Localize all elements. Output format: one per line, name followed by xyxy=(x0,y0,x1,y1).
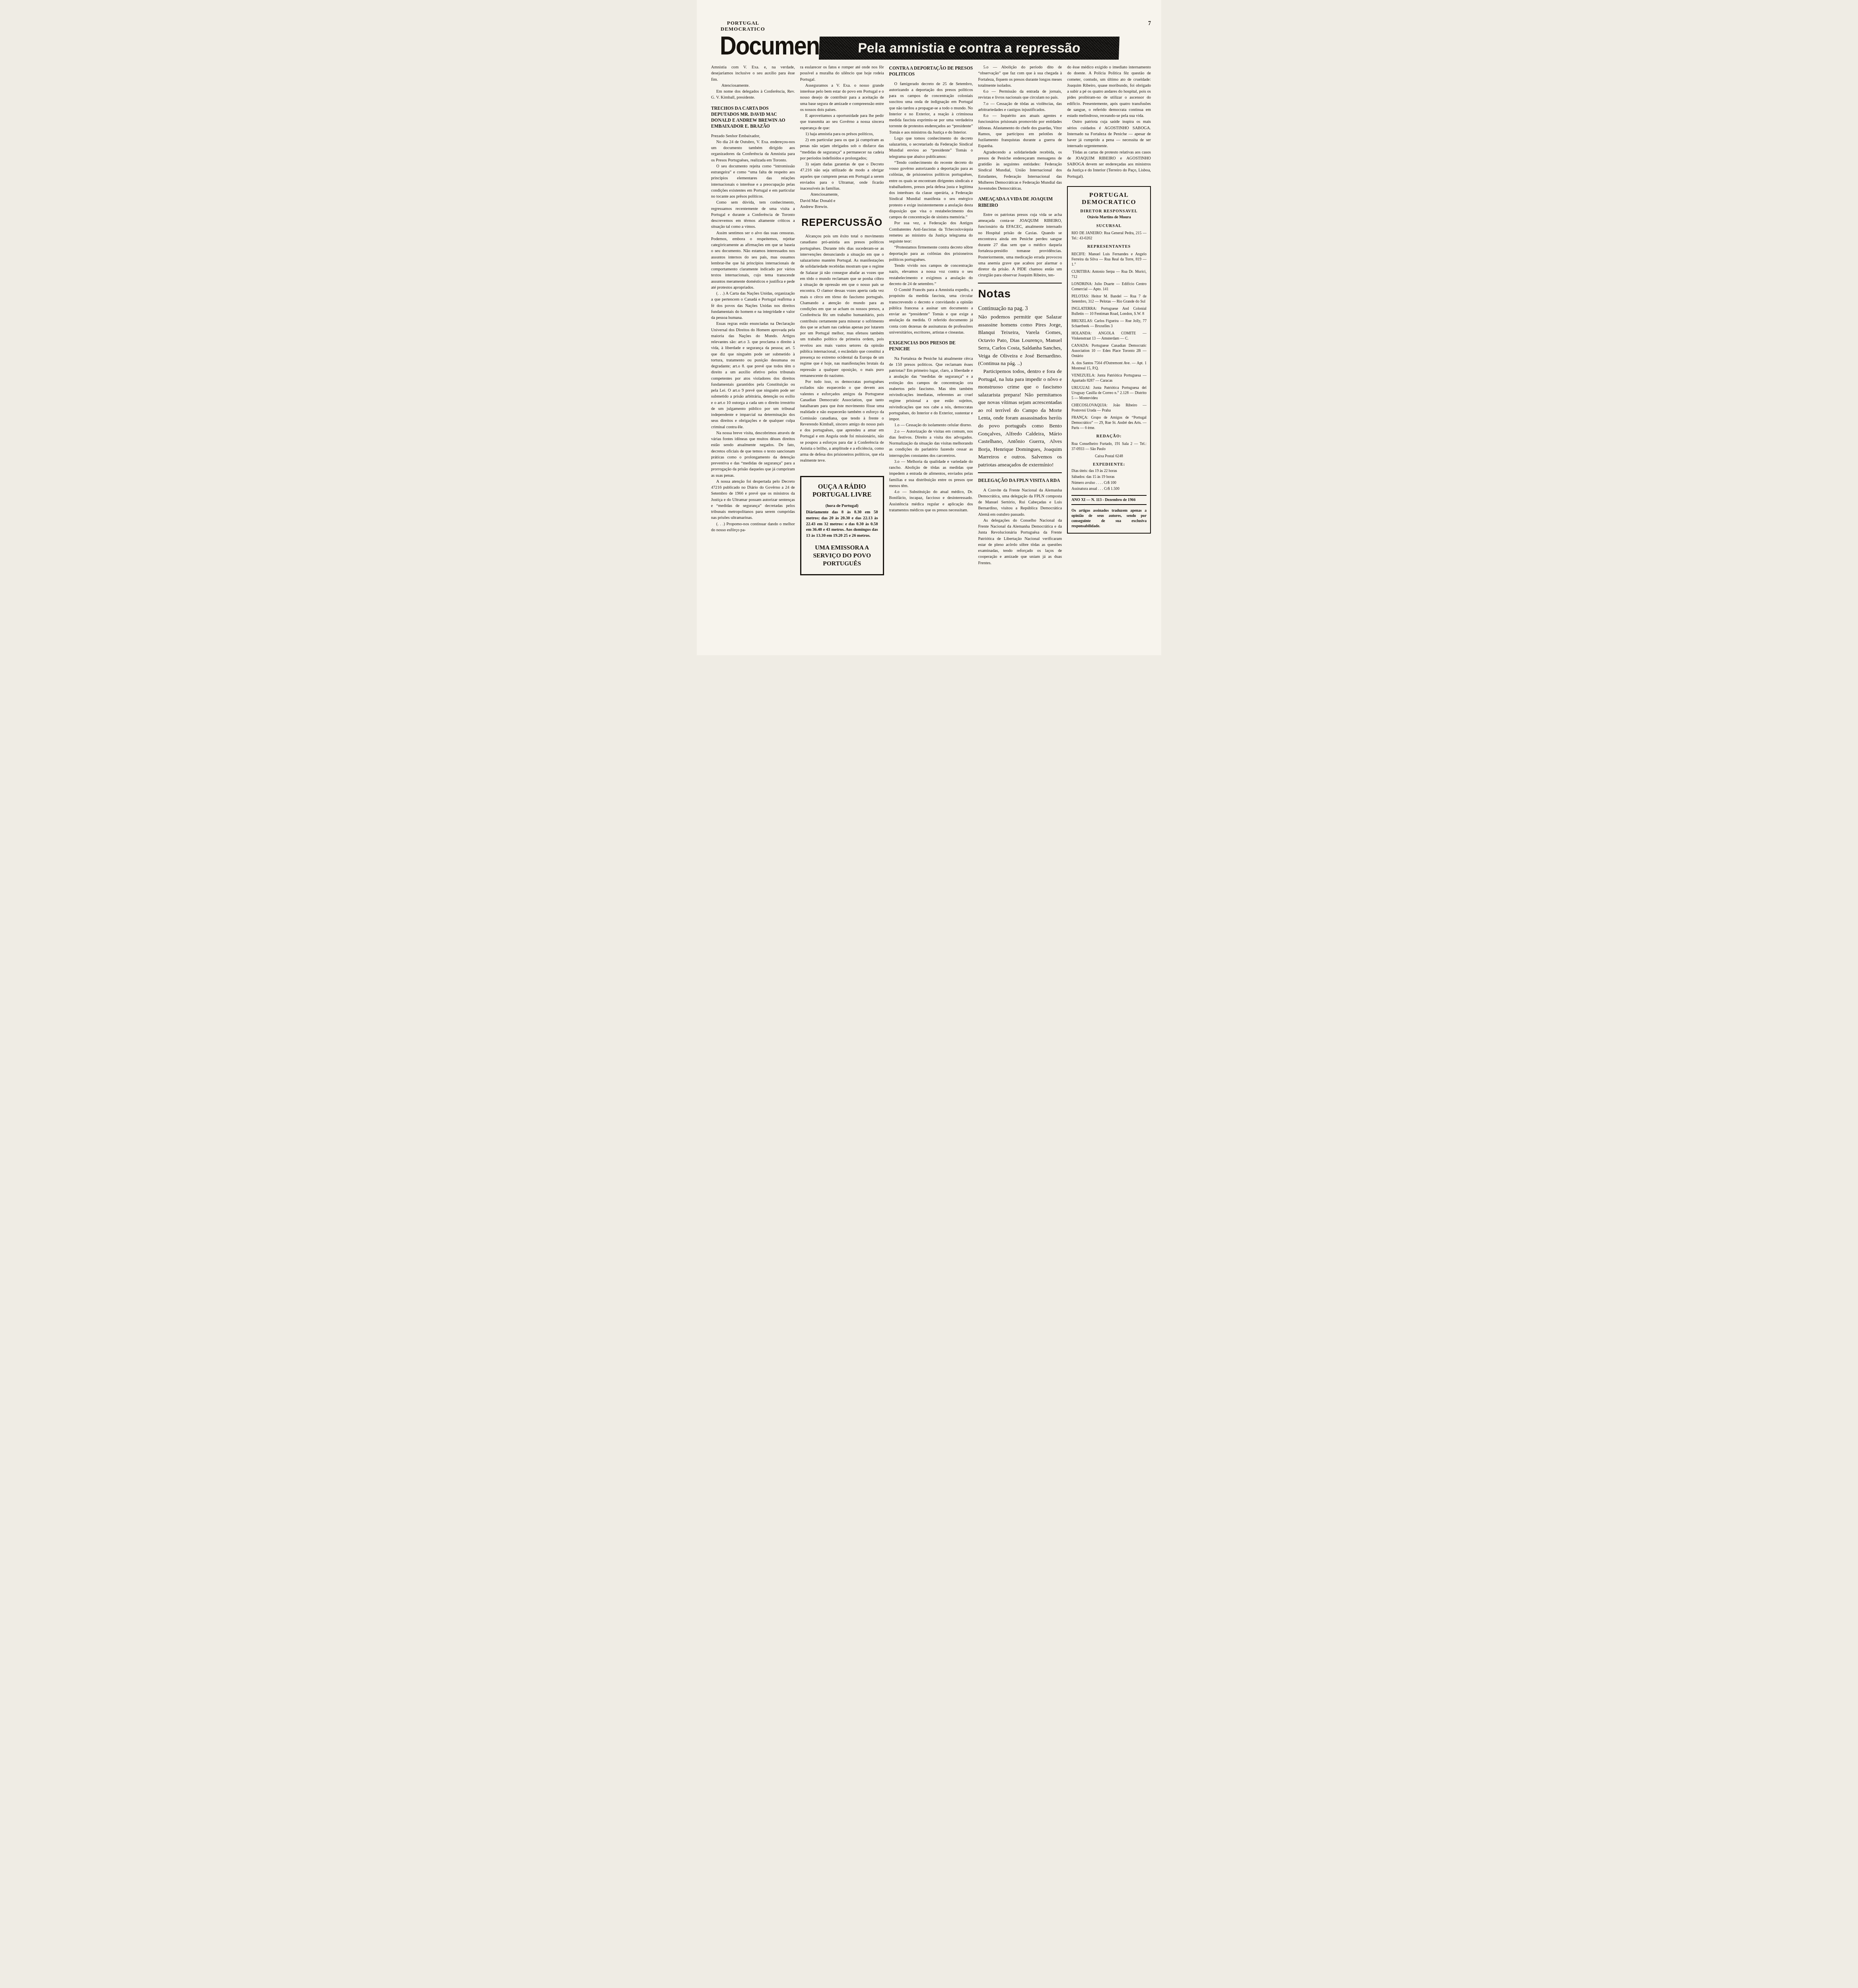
continuation-note: Continuação na pag. 3 xyxy=(978,305,1062,313)
column-1: Amnistia com V. Exa. e, na verdade, dese… xyxy=(711,64,795,651)
paragraph: Na Fortaleza de Peniche há atualmente cê… xyxy=(889,356,973,423)
info-box-title-line1: PORTUGAL xyxy=(1071,192,1147,199)
radio-box-schedule: Diàriamente das 8 às 8.30 em 50 metros; … xyxy=(806,510,878,539)
representative-entry: FRANÇA: Grupo de Amigos de “Portugal Dem… xyxy=(1071,415,1147,431)
paragraph: As delegações do Conselho Nacional da Fr… xyxy=(978,518,1062,566)
column-3: CONTRA A DEPORTAÇÃO DE PRESOS POLITICOS … xyxy=(889,64,973,651)
section-heading-exigencias-peniche: EXIGENCIAS DOS PRESOS DE PENICHE xyxy=(889,340,973,352)
masthead-line1: PORTUGAL xyxy=(727,20,765,26)
sucursal-label: SUCURSAL xyxy=(1071,223,1147,229)
expediente-line: Dias úteis: das 19 às 22 horas xyxy=(1071,468,1147,474)
expediente-line: Assinatura anual . . . Cr$ 1.500 xyxy=(1071,486,1147,491)
paragraph: Amnistia com V. Exa. e, na verdade, dese… xyxy=(711,64,795,83)
paragraph: (. . .) A Carta das Nações Unidas, organ… xyxy=(711,291,795,321)
disclaimer-note: Os artigos assinados traduzem apenas a o… xyxy=(1071,508,1147,529)
paragraph: A nossa atenção foi despertada pelo Decr… xyxy=(711,479,795,521)
paragraph: Tôdas as cartas de protesto relativas ao… xyxy=(1067,149,1151,180)
expediente-line: Sábados: das 15 às 19 horas xyxy=(1071,474,1147,480)
paragraph: Assim sentimos ser o alvo das suas censu… xyxy=(711,230,795,291)
paragraph: Em nome dos delegados à Conferência, Rev… xyxy=(711,89,795,101)
paragraph: (. . .) Propomo-nos continuar dando o me… xyxy=(711,521,795,534)
paragraph: Asseguramos a V. Exa. o nosso grande int… xyxy=(800,83,884,113)
representative-entry: RECIFE: Manuel Luis Fernandes e Angelo F… xyxy=(1071,252,1147,267)
salutation: Prezado Senhor Embaixador, xyxy=(711,133,795,139)
list-item: 1) haja amnistia para os prêsos político… xyxy=(800,131,884,137)
list-item: 1.o — Cessação do isolamento celular diu… xyxy=(889,422,973,428)
signature-line: Atenciosamente, xyxy=(800,192,884,198)
section-divider xyxy=(978,472,1062,473)
expediente-label: EXPEDIENTE: xyxy=(1071,462,1147,468)
section-heading-delegacao-fpln: DELEGAÇÃO DA FPLN VISITA A RDA xyxy=(978,478,1062,483)
director-name: Otávio Martins de Moura xyxy=(1071,215,1147,220)
paragraph: Entre os patriotas presos cuja vida se a… xyxy=(978,212,1062,279)
section-heading-contra-deportacao: CONTRA A DEPORTAÇÃO DE PRESOS POLITICOS xyxy=(889,65,973,78)
paragraph: No dia 24 de Outubro, V. Exa. endereçou-… xyxy=(711,139,795,163)
list-item: 6.o — Permissão da entrada de jornais, r… xyxy=(978,89,1062,101)
representative-entry: BRUXELAS: Carlos Figueira — Rue Jolly, 7… xyxy=(1071,318,1147,329)
list-item: 3.o — Melhoria da qualidade e variedade … xyxy=(889,459,973,489)
paragraph: Participemos todos, dentro e fora de Por… xyxy=(978,367,1062,468)
radio-advert-box: OUÇA A RÁDIO PORTUGAL LIVRE (hora de Por… xyxy=(800,476,884,576)
section-heading-repercussao: REPERCUSSÃO xyxy=(800,215,884,230)
newspaper-page: PORTUGAL DEMOCRATICO 7 Documentos... Pel… xyxy=(697,0,1161,655)
paragraph: Por tudo isso, os democratas portuguêses… xyxy=(800,379,884,464)
radio-box-title: OUÇA A RÁDIO PORTUGAL LIVRE xyxy=(806,483,878,499)
radio-box-slogan: UMA EMISSORA A SERVIÇO DO POVO PORTUGUÊS xyxy=(806,544,878,568)
paragraph: O Comitê Francês para a Amnistia expediu… xyxy=(889,287,973,336)
paragraph: Como sem dúvida, tem conhecimento, regre… xyxy=(711,200,795,230)
director-label: DIRETOR RESPONSAVEL xyxy=(1071,209,1147,214)
signature-line: Andrew Brewin. xyxy=(800,204,884,210)
caixa-postal: Caixa Postal 6248 xyxy=(1071,454,1147,459)
paragraph: Agradecendo a solidariedade recebida, os… xyxy=(978,149,1062,192)
list-item: 5.o — Abolição do período dito de “obser… xyxy=(978,64,1062,89)
list-item: 2) em particular para os que já cumprira… xyxy=(800,137,884,161)
section-heading-ameacada-vida: AMEAÇADA A VIDA DE JOAQUIM RIBEIRO xyxy=(978,196,1062,208)
paragraph: Alcançou pois um êxito total o movimento… xyxy=(800,233,884,379)
representative-entry: CANADA: Portuguese Canadian Democratic A… xyxy=(1071,343,1147,359)
paragraph: Tendo vivido nos campos de concentração … xyxy=(889,263,973,287)
columns-container: Amnistia com V. Exa. e, na verdade, dese… xyxy=(711,64,1151,651)
representative-entry: HOLANDA: ANGOLA COMITE — Vinkenstraat 13… xyxy=(1071,331,1147,341)
column-2: ra esslarecer os fatos e romper até onde… xyxy=(800,64,884,651)
representative-entry: VENEZUELA: Junta Patriótica Portuguesa —… xyxy=(1071,373,1147,383)
banner-headline: Pela amnistia e contra a repressão xyxy=(819,37,1119,60)
list-item: 3) sejam dadas garantias de que o Decret… xyxy=(800,161,884,192)
list-item: 4.o — Substituição do atual médico, Dr. … xyxy=(889,489,973,513)
page-number: 7 xyxy=(1148,21,1151,27)
paragraph: Na nossa breve visita, descobrimos atrav… xyxy=(711,430,795,479)
column-5: do êsse médico exigido o imediato intern… xyxy=(1067,64,1151,651)
representative-entry: PELOTAS: Heitor M. Bandel — Rua 7 de Set… xyxy=(1071,294,1147,304)
paragraph: Logo que tomou conhecimento do decreto s… xyxy=(889,136,973,160)
section-heading-notas: Notas xyxy=(978,286,1062,302)
paragraph: ra esslarecer os fatos e romper até onde… xyxy=(800,64,884,83)
info-box-title-line2: DEMOCRATICO xyxy=(1071,199,1147,206)
section-divider xyxy=(978,283,1062,283)
paragraph: A Convite da Frente Nacional da Alemanha… xyxy=(978,487,1062,518)
list-item: 7.o — Cessação de tôdas as violências, d… xyxy=(978,101,1062,113)
masthead: PORTUGAL DEMOCRATICO xyxy=(727,20,765,32)
representative-entry: INGLATERRA: Portuguese And Colonial Bull… xyxy=(1071,306,1147,316)
sucursal-address: RIO DE JANEIRO: Rua General Pedra, 215 —… xyxy=(1071,231,1147,241)
paragraph: O seu documento rejeita como “intromissã… xyxy=(711,163,795,200)
paragraph: Atenciosamente. xyxy=(711,83,795,89)
list-item: 2.o — Autorização de visitas em comum, n… xyxy=(889,429,973,459)
paragraph: Não podemos permitir que Salazar assassi… xyxy=(978,313,1062,367)
radio-box-subtitle: (hora de Portugal) xyxy=(806,503,878,509)
section-heading-trechos-carta: TRECHOS DA CARTA DOS DEPUTADOS MR. DAVID… xyxy=(711,105,795,130)
paragraph: Essas regras estão enunciadas na Declara… xyxy=(711,321,795,430)
paragraph: Outro patriota cuja saúde inspira os mai… xyxy=(1067,119,1151,149)
publication-info-box: PORTUGAL DEMOCRATICO DIRETOR RESPONSAVEL… xyxy=(1067,186,1151,534)
column-4: 5.o — Abolição do período dito de “obser… xyxy=(978,64,1062,651)
signature-line: David Mac Donald e xyxy=(800,198,884,204)
paragraph: E aproveitamos a oportunidade para lhe p… xyxy=(800,113,884,131)
representantes-label: REPRESENTANTES xyxy=(1071,244,1147,250)
redacao-label: REDAÇÃO: xyxy=(1071,434,1147,439)
representative-entry: CURITIBA: Antonio Serpa — Rua Dr. Murici… xyxy=(1071,269,1147,280)
paragraph: Por sua vez, a Federação dos Antigos Com… xyxy=(889,220,973,245)
representative-entry: CHECOSLOVAQUIA: João Ribeiro — Postovnú … xyxy=(1071,403,1147,413)
paragraph: “Protestamos firmemente contra decreto s… xyxy=(889,245,973,263)
representative-entry: LONDRINA: Julio Duarte — Edifício Centro… xyxy=(1071,282,1147,292)
paragraph: do êsse médico exigido o imediato intern… xyxy=(1067,64,1151,119)
paragraph: “Tendo conhecimento do recente decreto d… xyxy=(889,160,973,221)
representative-entry: URUGUAI: Junta Patriótica Portuguesa del… xyxy=(1071,385,1147,401)
paragraph: O famigerado decreto de 25 de Setembro, … xyxy=(889,81,973,136)
expediente-line: Número avulso . . . . Cr$ 100 xyxy=(1071,480,1147,485)
edition-line: ANO XI — N. 113 - Dezembro de 1966 xyxy=(1071,495,1147,505)
representative-entry: A. dos Santos 7564 d'Outremont Ave. — Ap… xyxy=(1071,361,1147,371)
redacao-address: Rua Conselheiro Furtado, 191 Sala 2 — Te… xyxy=(1071,441,1147,452)
list-item: 8.o — Inquérito aos atuais agentes e fun… xyxy=(978,113,1062,149)
